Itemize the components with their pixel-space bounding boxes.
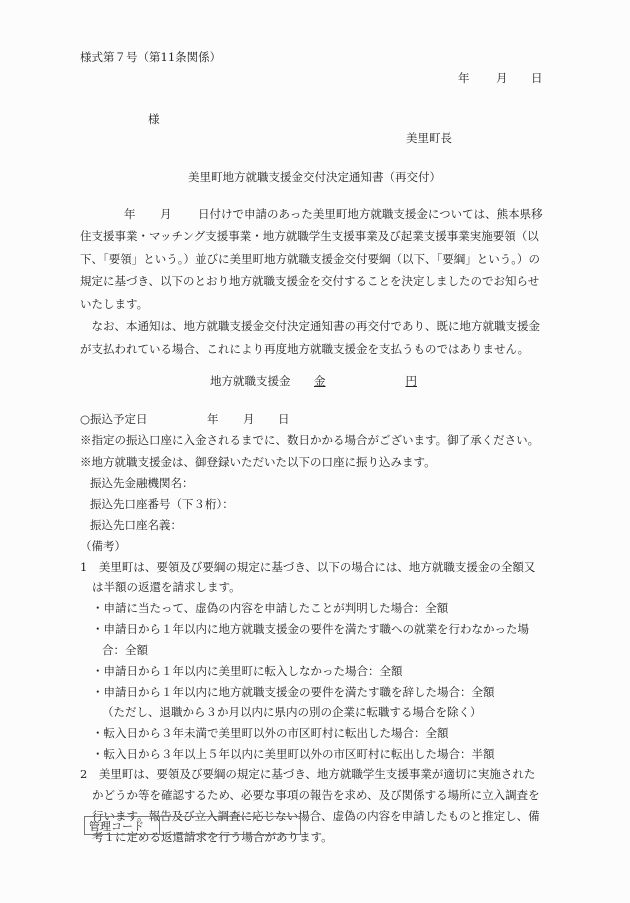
amount-field: 金 円 — [314, 374, 417, 388]
amount-label: 地方就職支援金 — [210, 374, 291, 388]
remarks-bullet: ・申請日から１年以内に地方就職支援金の要件を満たす職への就業を行わなかった場 — [92, 622, 529, 636]
account-name-label: 振込先口座名義： — [90, 518, 182, 532]
body-line-7: が支払われている場合、これにより再度地方就職支援金を支払うものではありません。 — [80, 342, 529, 356]
body-line-2: 住支援事業・マッチング支援事業・地方就職学生支援事業及び起業支援事業実施要領（以 — [80, 229, 539, 243]
bank-name-label: 振込先金融機関名： — [90, 476, 194, 490]
body-line-6: なお、本通知は、地方就職支援金交付決定通知書の再交付であり、既に地方就職支援金 — [80, 319, 540, 333]
recipient-suffix: 様 — [148, 112, 160, 126]
body-month: 月 — [160, 207, 172, 221]
remarks-bullet-note: （ただし、退職から３か月以内に県内の別の企業に転職する場合を除く） — [102, 705, 482, 719]
remarks-item-2-line-1: 2 美里町は、要領及び要綱の規定に基づき、地方就職学生支援事業が適切に実施された — [80, 767, 535, 781]
transfer-date-label: ○振込予定日 — [80, 412, 148, 426]
date-day: 日 — [531, 71, 543, 85]
remarks-bullet: ・転入日から３年以上５年以内に美里町以外の市区町村に転出した場合：半額 — [92, 747, 495, 761]
remarks-heading: （備考） — [80, 539, 126, 553]
remarks-bullet: ・申請に当たって、虚偽の内容を申請したことが判明した場合：全額 — [92, 601, 448, 615]
body-line-4: 規定に基づき、以下のとおり地方就職支援金を交付することを決定しましたのでお知らせ — [80, 274, 539, 288]
remarks-item-2-line-2: かどうか等を確認するため、必要な事項の報告を求め、及び関係する場所に立入調査を — [92, 788, 540, 802]
management-code-value — [160, 817, 301, 835]
transfer-day: 日 — [278, 412, 290, 426]
remarks-bullet: ・申請日から１年以内に美里町に転入しなかった場合：全額 — [92, 664, 403, 678]
remarks-item-1-line-2: は半額の返還を請求します。 — [92, 580, 241, 594]
body-year: 年 — [124, 207, 136, 221]
document-title: 美里町地方就職支援金交付決定通知書（再交付） — [188, 170, 441, 184]
management-code-table: 管理コード — [84, 816, 301, 835]
amount-suffix: 円 — [406, 374, 418, 388]
date-month: 月 — [496, 71, 508, 85]
transfer-note-2: ※地方就職支援金は、御登録いただいた以下の口座に振り込みます。 — [80, 455, 436, 469]
transfer-note-1: ※指定の振込口座に入金されるまでに、数日かかる場合がございます。御了承ください。 — [80, 433, 539, 447]
body-line-3: 下、「要領」という。）並びに美里町地方就職支援金交付要綱（以下、「要綱」という。… — [80, 252, 540, 266]
remarks-bullet-cont: 合：全額 — [102, 643, 148, 657]
amount-prefix: 金 — [314, 374, 326, 388]
transfer-month: 月 — [243, 412, 255, 426]
body-line-1: 日付けで申請のあった美里町地方就職支援金については、熊本県移 — [198, 207, 543, 221]
body-line-5: いたします。 — [80, 297, 148, 311]
remarks-bullet: ・申請日から１年以内に地方就職支援金の要件を満たす職を辞した場合：全額 — [92, 685, 495, 699]
date-year: 年 — [458, 71, 470, 85]
form-number: 様式第７号（第11条関係） — [80, 50, 221, 64]
amount-blank — [326, 374, 406, 388]
remarks-bullet: ・転入日から３年未満で美里町以外の市区町村に転出した場合：全額 — [92, 726, 449, 740]
management-code-label: 管理コード — [85, 817, 160, 835]
remarks-item-1-line-1: 1 美里町は、要領及び要綱の規定に基づき、以下の場合には、地方就職支援金の全額又 — [80, 560, 535, 574]
sender: 美里町長 — [406, 131, 452, 145]
account-number-label: 振込先口座番号（下３桁）： — [90, 497, 234, 511]
transfer-year: 年 — [207, 412, 219, 426]
